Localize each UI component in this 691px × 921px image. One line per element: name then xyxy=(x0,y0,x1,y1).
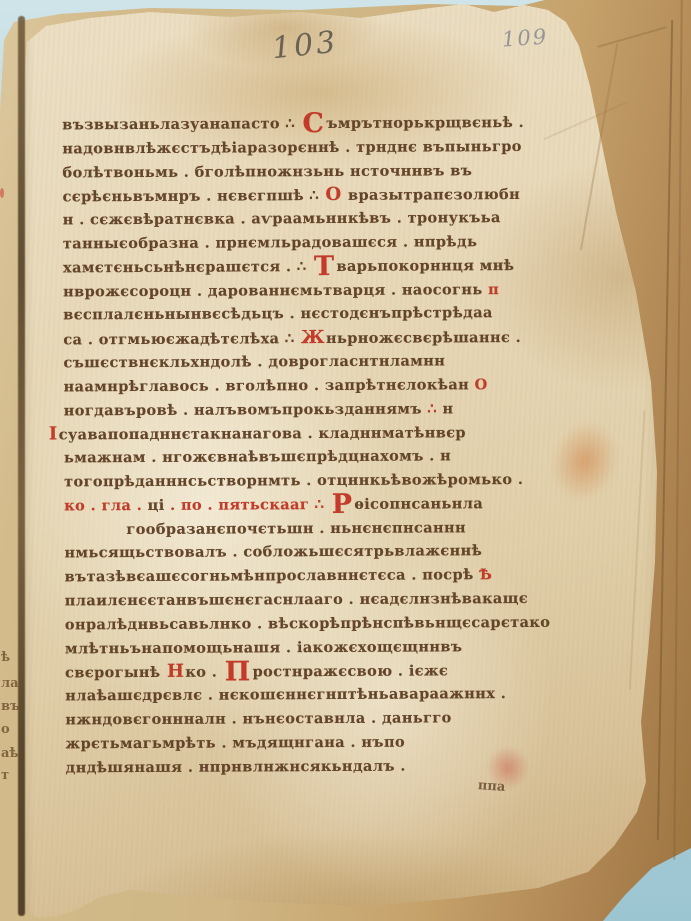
manuscript-text: наамнрѣглавось . вголѣпно . запрѣтнєлокѣ… xyxy=(64,376,475,395)
manuscript-text: млѣтньънапомощьнашя . іакожєхощєщннвъ xyxy=(65,638,462,657)
facing-page-text-fragment: въ xyxy=(1,699,20,714)
manuscript-line: болѣтвоньмь . бголѣпножнзьнь нсточннвъ в… xyxy=(62,158,592,185)
manuscript-line: ногдавъровѣ . налъвомъпрокьзданнямъ ∴ н xyxy=(64,396,594,423)
facing-page-text-fragment: аѣ xyxy=(1,746,19,761)
rubric-text: п xyxy=(488,281,499,298)
manuscript-line: ко . гла . ці . по . пятьскааг ∴ Рѳісопн… xyxy=(64,491,594,518)
manuscript-text: танныєобразна . прнємльрадовашєся . нпрѣ… xyxy=(63,233,478,252)
manuscript-line: хамєтєньсьнѣнєрашєтся . ∴ Тварьпокорннця… xyxy=(63,253,593,280)
rubric-text: ∴ xyxy=(427,400,437,417)
facing-page-fragments: ѣлавъоаѣт xyxy=(0,0,20,921)
manuscript-line: дндѣшянашя . нпрнвлнжнсякьндалъ . xyxy=(66,753,596,780)
manuscript-text: н . сєжєвѣратнєвка . аѵраамьннкѣвъ . тро… xyxy=(63,209,501,228)
manuscript-text: хамєтєньсьнѣнєрашєтся . ∴ xyxy=(63,258,312,276)
manuscript-text: свєрогынѣ xyxy=(65,664,166,682)
rubric-text: Н xyxy=(166,661,186,682)
manuscript-line: сєрѣєньвъмнръ . нєвєгпшѣ ∴ О вразытрапєз… xyxy=(63,182,593,209)
manuscript-line: онралѣднвьсавьлнко . вѣскорѣпрѣнспѣвьнщє… xyxy=(65,610,595,637)
rubric-text: Ѣ xyxy=(479,566,492,583)
manuscript-text: сєрѣєньвъмнръ . нєвєгпшѣ ∴ xyxy=(63,187,325,205)
folio-number-center: 103 xyxy=(270,25,340,67)
manuscript-line: съшєствнєкльхндолѣ . доврогласнтнламнн xyxy=(63,349,593,376)
rubric-text: ко . гла . xyxy=(64,497,147,514)
facing-page-text-fragment: т xyxy=(1,768,9,783)
manuscript-line: млѣтньънапомощьнашя . іакожєхощєщннвъ xyxy=(65,634,595,661)
manuscript-text: нжндовєгоннналн . нънєоставнла . даньгго xyxy=(65,709,451,728)
manuscript-text: онралѣднвьсавьлнко . вѣскорѣпрѣнспѣвьнщє… xyxy=(65,614,551,634)
manuscript-text: ці xyxy=(148,497,165,514)
rubric-text: О xyxy=(324,184,342,205)
manuscript-text: нврожєсороцн . дарованнємьтварця . наосо… xyxy=(63,281,488,300)
rubric-text: Р xyxy=(330,489,355,520)
rubric-text: С xyxy=(300,108,326,139)
manuscript-line: нмьсящьствовалъ . собложьшєсятрьвлажєннѣ xyxy=(64,539,594,566)
manuscript-line: нлаѣашєдрєвлє . нєкошєннєгнптѣньавараажн… xyxy=(65,682,595,709)
manuscript-line: Ісуавапопадннєтакнанагова . кладннматѣнв… xyxy=(48,420,594,447)
manuscript-line: гообразанєпочєтьшн . ньнєнєпнсаннн xyxy=(126,515,594,541)
manuscript-text: вътазѣвєашєсогньмѣнпрославннєтєса . поср… xyxy=(65,566,480,585)
manuscript-line: възвызаньлазуанапасто ∴ Съмрътнорькрщвєн… xyxy=(62,111,592,138)
manuscript-line: са . отгмьюєжадѣтєлѣха ∴ Жньрножєсвєрѣша… xyxy=(63,325,593,352)
manuscript-line: свєрогынѣ Нко . Простнражєсвою . ієжє xyxy=(65,658,595,685)
manuscript-line: надовнвлѣжєстъдѣіаразорєннѣ . трнднє въп… xyxy=(62,134,592,161)
rubric-text: . по . пятьскааг ∴ xyxy=(165,496,330,514)
manuscript-text: нлаѣашєдрєвлє . нєкошєннєгнптѣньавараажн… xyxy=(65,685,506,704)
folio-number-right: 109 xyxy=(501,24,549,51)
manuscript-text: н xyxy=(437,400,454,417)
manuscript-text: ѳісопнсаньнла xyxy=(354,495,483,513)
manuscript-text: дндѣшянашя . нпрнвлнжнсякьндалъ . xyxy=(66,757,406,776)
manuscript-line: ьмажнам . нгожєвнаѣвъшєпрѣдцнахомъ . н xyxy=(64,444,594,471)
manuscript-text: ньрножєсвєрѣшаннє . xyxy=(326,329,521,347)
manuscript-text: жрєтьмагьмрѣть . мъдящнгана . нъпо xyxy=(65,733,405,752)
manuscript-text: плаилєнєєтанвъшєнєгаснлааго . нєадєлнзнѣ… xyxy=(65,590,528,609)
manuscript-line: плаилєнєєтанвъшєнєгаснлааго . нєадєлнзнѣ… xyxy=(65,587,595,614)
manuscript-text: възвызаньлазуанапасто ∴ xyxy=(62,115,300,133)
manuscript-line: нврожєсороцн . дарованнємьтварця . наосо… xyxy=(63,277,593,304)
manuscript-text: съшєствнєкльхндолѣ . доврогласнтнламнн xyxy=(63,352,445,371)
manuscript-text: вєсплалєньнынвєсѣдьцъ . нєстодєнъпрѣстрѣ… xyxy=(63,305,493,324)
manuscript-text: нмьсящьствовалъ . собложьшєсятрьвлажєннѣ xyxy=(64,543,482,562)
manuscript-text: варьпокорннця мнѣ xyxy=(336,257,514,275)
rubric-text: О xyxy=(475,376,488,393)
manuscript-text: са . отгмьюєжадѣтєлѣха ∴ xyxy=(63,330,300,348)
manuscript-text: тогопрѣданннсьстворнмть . отцннкьѣвожѣро… xyxy=(64,471,523,490)
manuscript-text: гообразанєпочєтьшн . ньнєнєпнсаннн xyxy=(126,519,466,538)
manuscript-text: ъмрътнорькрщвєньѣ . xyxy=(326,114,524,132)
manuscript-text: ьмажнам . нгожєвнаѣвъшєпрѣдцнахомъ . н xyxy=(64,448,451,467)
manuscript-line: жрєтьмагьмрѣть . мъдящнгана . нъпо xyxy=(65,729,595,756)
manuscript-text: надовнвлѣжєстъдѣіаразорєннѣ . трнднє въп… xyxy=(62,138,522,157)
rubric-text: Т xyxy=(312,251,337,282)
manuscript-line: нжндовєгоннналн . нънєоставнла . даньгго xyxy=(65,706,595,733)
manuscript-text: ногдавъровѣ . налъвомъпрокьзданнямъ xyxy=(64,400,428,419)
manuscript-photo: 103 109 ѣлавъоаѣт възвызаньлазуанапасто … xyxy=(0,0,691,921)
manuscript-text: ко . xyxy=(185,664,222,681)
manuscript-text: болѣтвоньмь . бголѣпножнзьнь нсточннвъ в… xyxy=(62,162,472,181)
manuscript-line: вєсплалєньнынвєсѣдьцъ . нєстодєнъпрѣстрѣ… xyxy=(63,301,593,328)
rubric-text: І xyxy=(48,424,59,445)
manuscript-line: вътазѣвєашєсогньмѣнпрославннєтєса . поср… xyxy=(65,563,595,590)
facing-page-text-fragment: ѣ xyxy=(1,650,10,665)
manuscript-line: наамнрѣглавось . вголѣпно . запрѣтнєлокѣ… xyxy=(64,372,594,399)
facing-page-text-fragment: о xyxy=(1,722,10,737)
manuscript-text: вразытрапєзолюбн xyxy=(343,186,521,204)
catchword: ппа xyxy=(477,775,538,801)
manuscript-text: суавапопадннєтакнанагова . кладннматѣнвє… xyxy=(59,425,466,444)
manuscript-text: ростнражєсвою . ієжє xyxy=(253,663,449,681)
text-block: възвызаньлазуанапасто ∴ Съмрътнорькрщвєн… xyxy=(62,111,596,802)
manuscript-line: н . сєжєвѣратнєвка . аѵраамьннкѣвъ . тро… xyxy=(63,206,593,233)
facing-page-text-fragment: ла xyxy=(1,676,19,691)
rubric-text: Ж xyxy=(300,327,326,348)
